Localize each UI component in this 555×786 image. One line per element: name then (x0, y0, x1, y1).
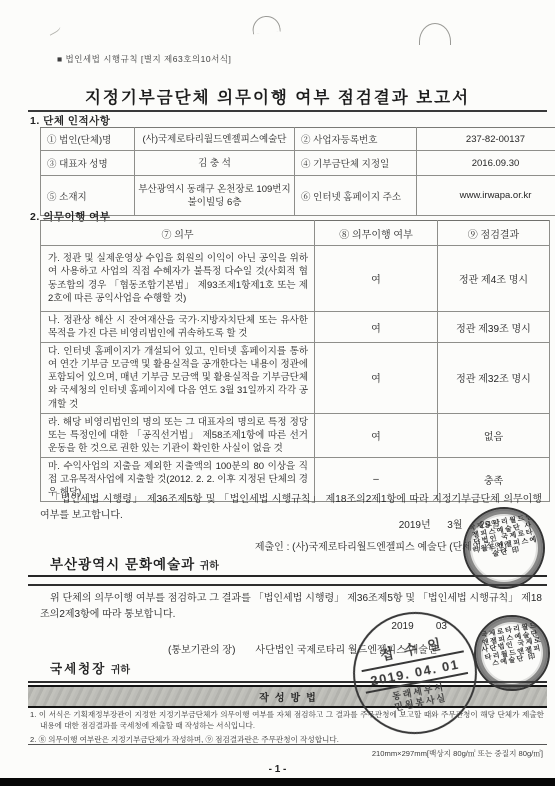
fulfilled-value: 여 (315, 413, 438, 457)
scan-artifact-arc (419, 23, 451, 45)
paper-spec: 210mm×297mm[백상지 80g/㎡ 또는 중질지 80g/㎡] (372, 748, 543, 759)
fulfilled-value: 여 (315, 246, 438, 312)
table-row: 가. 정관 및 실제운영상 수입을 회원의 이익이 아닌 공익을 위하여 사용하… (41, 246, 550, 312)
table-row: 다. 인터넷 홈페이지가 개설되어 있고, 인터넷 홈페이지를 통하여 연간 기… (41, 343, 550, 413)
addressee-name: 국세청장 (50, 662, 106, 676)
seal-text: 국제로타리월드엔젤피스예술단 사단법인 국제로타리월드엔젤피스예술단 印 (474, 615, 550, 681)
duty-text: 다. 인터넷 홈페이지가 개설되어 있고, 인터넷 홈페이지를 통하여 연간 기… (42, 344, 313, 411)
divider (28, 744, 547, 745)
notification-statement: 위 단체의 의무이행 여부를 점검하고 그 결과를 「법인세법 시행령」 제36… (40, 591, 542, 622)
duty-check-table: ⑦ 의무 ⑧ 의무이행 여부 ⑨ 점검결과 가. 정관 및 실제운영상 수입을 … (40, 220, 550, 502)
table-header-row: ⑦ 의무 ⑧ 의무이행 여부 ⑨ 점검결과 (41, 221, 550, 246)
field-label: ① 법인(단체)명 (41, 128, 135, 151)
check-result: 정관 제4조 명시 (438, 246, 550, 312)
divider (28, 575, 547, 577)
duty-text: 나. 정관상 해산 시 잔여재산을 국가·지방자치단체 또는 유사한 목적을 가… (42, 313, 313, 341)
entity-info-table: ① 법인(단체)명 (사)국제로타리월드엔젤피스예술단 ② 사업자등록번호 23… (40, 127, 555, 216)
document-page: ■ 법인세법 시행규칙 [별지 제63호의10서식] 지정기부금단체 의무이행 … (0, 0, 555, 786)
field-value: 김 충 석 (135, 151, 295, 176)
page-title: 지정기부금단체 의무이행 여부 점검결과 보고서 (0, 84, 555, 108)
field-label: ④ 기부금단체 지정일 (295, 151, 417, 176)
check-result: 없음 (438, 413, 550, 457)
field-label: ② 사업자등록번호 (295, 128, 417, 151)
column-header: ⑦ 의무 (41, 221, 315, 246)
submitter-label: 제출인 : (255, 542, 292, 553)
addressee-line: 국세청장 귀하 (50, 659, 130, 678)
addressee-suffix: 귀하 (111, 665, 130, 676)
organization-seal-stamp: 국제로타리월드엔젤피스예술단 사단법인 국제로타리월드엔젤피스예술단 印 (463, 507, 545, 589)
column-header: ⑧ 의무이행 여부 (315, 221, 438, 246)
table-row: 나. 정관상 해산 시 잔여재산을 국가·지방자치단체 또는 유사한 목적을 가… (41, 312, 550, 343)
field-value: www.irwapa.or.kr (417, 176, 555, 216)
field-value: 2016.09.30 (417, 151, 555, 176)
instruction-item: 1. 이 서식은 기획재정부장관이 지정한 지정기부금단체가 의무이행 여부를 … (30, 710, 544, 731)
divider (28, 584, 547, 586)
notifier-label: (통보기관의 장) (168, 641, 235, 656)
field-label: ③ 대표자 성명 (41, 151, 135, 176)
table-row: ③ 대표자 성명 김 충 석 ④ 기부금단체 지정일 2016.09.30 (41, 151, 555, 176)
scan-artifact-arc (251, 15, 281, 35)
field-label: ⑥ 인터넷 홈페이지 주소 (295, 176, 417, 216)
field-value: 부산광역시 동래구 온천장로 109번지 불이빌딩 6층 (135, 176, 295, 216)
duty-text: 가. 정관 및 실제운영상 수입을 회원의 이익이 아닌 공익을 위하여 사용하… (42, 251, 313, 305)
column-header: ⑨ 점검결과 (438, 221, 550, 246)
fulfilled-value: 여 (315, 312, 438, 343)
instructions-heading: 작성방법 (253, 689, 322, 704)
divider (28, 110, 547, 112)
field-value: (사)국제로타리월드엔젤피스예술단 (135, 128, 295, 151)
section1-heading: 1. 단체 인적사항 (30, 113, 110, 128)
addressee-suffix: 귀하 (200, 561, 219, 572)
table-row: ① 법인(단체)명 (사)국제로타리월드엔젤피스예술단 ② 사업자등록번호 23… (41, 128, 555, 151)
addressee-line: 부산광역시 문화예술과 귀하 (50, 553, 219, 574)
scan-artifact-mark (47, 24, 61, 35)
check-result: 정관 제39조 명시 (438, 312, 550, 343)
fulfilled-value: 여 (315, 343, 438, 413)
form-reference: ■ 법인세법 시행규칙 [별지 제63호의10서식] (57, 53, 231, 65)
addressee-name: 부산광역시 문화예술과 (50, 557, 195, 572)
table-row: ⑤ 소재지 부산광역시 동래구 온천장로 109번지 불이빌딩 6층 ⑥ 인터넷… (41, 176, 555, 216)
organization-seal-stamp: 국제로타리월드엔젤피스예술단 사단법인 국제로타리월드엔젤피스예술단 印 (474, 615, 550, 691)
scan-edge-bar (0, 778, 555, 786)
check-result: 정관 제32조 명시 (438, 343, 550, 413)
table-row: 라. 해당 비영리법인의 명의 또는 그 대표자의 명의로 특정 정당 또는 특… (41, 413, 550, 457)
seal-text: 국제로타리월드엔젤피스예술단 사단법인 국제로타리월드엔젤피스예술단 印 (463, 507, 545, 573)
duty-text: 라. 해당 비영리법인의 명의 또는 그 대표자의 명의로 특정 정당 또는 특… (42, 415, 313, 456)
page-number: - 1 - (0, 764, 555, 775)
field-value: 237-82-00137 (417, 128, 555, 151)
